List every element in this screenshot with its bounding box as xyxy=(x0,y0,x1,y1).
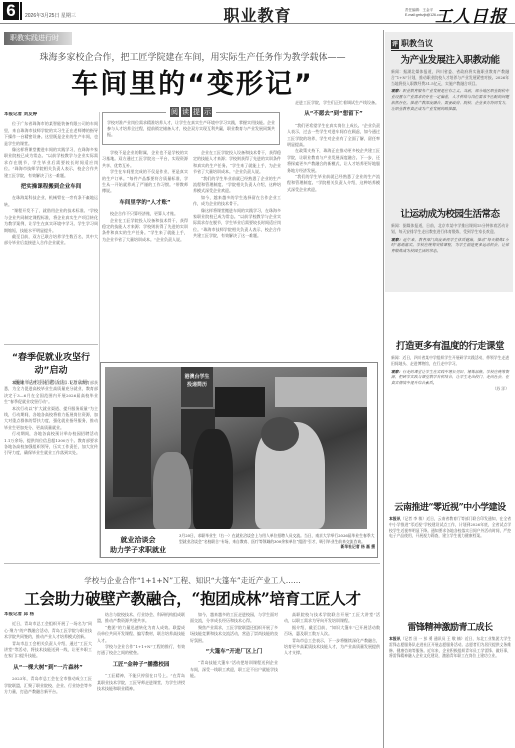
lead-byline: 本报记者 刘友婷 xyxy=(4,112,98,118)
commentary-news: 新闻：据湖北媒体报道，四川省委、省政府将实施职业教育产教融合“1+N”计划，推动… xyxy=(391,69,509,86)
paragraph: 企业在工匠学院投入设备和技术骨干，获得稳定的技能人才来源；学校则获得了先进的实训… xyxy=(102,218,188,244)
lead-column-1: 本报记者 刘友婷 位于广东省珠海市的某智能装备有限公司的车间里，来自珠海市技师学… xyxy=(4,112,98,342)
photo-caption-title: 就业洽谈会 助力学子求职就业 xyxy=(105,535,171,555)
photo-booth-sign: 港澳台学生 投递简历 xyxy=(181,367,213,407)
paragraph: 截至目前，双方已联合培养学生数百名，其中大部分毕业后直接进入合作企业就业。 xyxy=(4,234,98,247)
paragraph: “青岛技能大篷车”活动把培训课程送到企业车间，深受一线职工欢迎，职工足不出户就能… xyxy=(190,660,278,679)
commentary-article-1: 为产业发展注入职教动能 新闻：据湖北媒体报道，四川省委、省政府将实施职业教育产教… xyxy=(391,52,509,112)
newspaper-logo: 工人日报 xyxy=(435,2,507,27)
paragraph: 校企合作不只算经济账，更算人才账。 xyxy=(102,211,188,217)
commentary-title: 打造更多有温度的行走课堂 xyxy=(391,338,509,352)
paragraph: “我们的学生毕业前就已经熟悉了企业的生产流程和管理制度。”学院相关负责人介绍，这… xyxy=(287,174,380,193)
paragraph: 如今，越来越多的学生选择留在合作企业工作，成为企业的技术骨干。 xyxy=(193,195,281,208)
job-fair-photo: 港澳台学生 投递简历 xyxy=(105,367,367,529)
news-byline: 本报讯 xyxy=(389,516,401,521)
reading-tag-char: 阅 xyxy=(170,107,179,117)
paragraph: “课程开发不了，就借用企业的技术标准。”学校与企业共同制定课程标准，将企业真实生… xyxy=(4,208,98,234)
reading-tag-char: 示 xyxy=(203,107,212,117)
photo-caption-text: 3月20日，求职毕业生（右一）在就业洽谈会上与用人单位招聘人员交流。当日，南京大… xyxy=(179,533,375,544)
paragraph: 学校不是企业的附属，企业也不是学校的实习基地。双方通过工匠学院这一平台，实现资源… xyxy=(102,150,188,169)
bottom-subhead-1: 从“一棵大树”到“一片森林” xyxy=(4,665,92,671)
column-tag: 职教实践进行时 xyxy=(4,32,72,45)
commentary-column-head: 评职教刍议 xyxy=(391,38,433,51)
bottom-subhead-2: 工匠“金种子”播撒校园 xyxy=(97,662,185,668)
commentary-comment: 近年来，教育部门高度重视学生体质健康，推动“每天锻炼1小时”落地落实。学校应统筹… xyxy=(391,237,509,254)
masthead: 6 2026年3月25日 星期三 职业教育 责任编辑：王金平 E-mail:gr… xyxy=(0,0,515,24)
photo-credit: 新华社记者 杨 磊 摄 xyxy=(179,544,375,550)
reading-tag-char: 提 xyxy=(192,107,201,117)
paragraph: 结合与院校技术、行业协会、科研机构组成联盟，推动产教资源共建共享。 xyxy=(97,612,185,625)
lead-column-2: 学校不是企业的附属，企业也不是学校的实习基地。双方通过工匠学院这一平台，实现资源… xyxy=(102,150,188,358)
commentary-icon: 评 xyxy=(391,40,399,49)
paragraph: “抱团”的力量迅速转化为育人成效。联盟成员单位共同开发课程、编写教材，联合培养高… xyxy=(97,625,185,644)
photo-tent xyxy=(215,387,265,417)
lead-subhead-1: 把实操课程搬到企业车间 xyxy=(4,184,98,190)
paragraph: 本次行动以“扩大就业渠道、提升服务质量”为主线，行动期间，各地各高校将着力拓展岗… xyxy=(4,406,98,432)
photo-caption: 3月20日，求职毕业生（右一）在就业洽谈会上与用人单位招聘人员交流。当日，南京大… xyxy=(179,533,375,550)
paragraph: 行动期间，各地各高校预计举办校园招聘活动1.1万余场，提供岗位信息超1300万个… xyxy=(4,431,98,457)
news-byline: 本报讯 xyxy=(389,636,401,641)
commentary-comment-lead: 观察： xyxy=(391,369,402,374)
paragraph: 聚焦产业需求，工匠学院联盟还组织开展了多场技能竞赛和技术交流活动，营造了崇尚技能… xyxy=(190,625,278,644)
paragraph: “我们更希望学生在真实岗位上成长。”企业负责人表示，过去一些学生对进车间存在顾虑… xyxy=(287,123,380,149)
news-text: （记者 田 一 彭 勇 通讯员 王 敬 楠）近日，东北工业集团大学生雷锋志愿服务… xyxy=(389,636,511,658)
paragraph: 高职院校与技术学院联合开展“工匠大讲堂”活动，以职工需求为导向开发培训课程。 xyxy=(284,612,380,625)
news-title: 云南推进“零近视”中小学建设 xyxy=(389,500,511,513)
paragraph: “工匠精神，不能只停留在口号上。”在青岛某职业技术学院，工匠导师走进课堂，为学生… xyxy=(97,673,185,692)
photo-sky xyxy=(275,377,367,407)
paragraph: 走进工匠学院，学生们正忙着调试生产线设备。 xyxy=(287,100,380,106)
commentary-title: 让运动成为校园生活常态 xyxy=(391,206,509,220)
bottom-kicker: 学校与企业合作“1+1+N”工程、知识“大篷车”走近产业工人…… xyxy=(0,575,385,586)
commentary-news: 新闻：近日，四川省某中学组织学生开展研学实践活动，带领学生走进田间地头、走进博物… xyxy=(391,355,509,367)
paragraph: 据介绍，截至目前，“知识大篷车”已开展活动数百场，惠及职工数万人次。 xyxy=(284,625,380,638)
bottom-subhead-3: “大篷车”开进厂区上门 xyxy=(190,649,278,655)
spring-story-body: 本报讯（记者 于 宛 尼）近日，记者从教育部获悉，为全力促进高校毕业生高质量充分… xyxy=(4,380,98,556)
news-article-yunnan: 云南推进“零近视”中小学建设 本报讯（记者 李 敏）近日，云南省教育厅等部门联合… xyxy=(389,500,511,539)
news-text: （记者 李 敏）近日，云南省教育厅等部门联合印发通知，在全省中小学推进“零近视”… xyxy=(389,516,511,538)
bottom-column-3: 如今，越来越多的工匠走进校园，与学生面对面交流，分享成长经历和技术心得。 聚焦产… xyxy=(190,612,278,748)
spring-headline: “春季促就业攻坚行动”启动 xyxy=(4,350,98,376)
bottom-headline: 工会助力破壁产教融合，“抱团成林”培育工匠人才 xyxy=(0,587,385,609)
bottom-column-4: 高职院校与技术学院联合开展“工匠大讲堂”活动，以职工需求为导向开发培训课程。 据… xyxy=(284,612,380,748)
paragraph: 像这样将课堂搬进车间的实践学习，在珠海多家职业院校已成为常态。“以前学校教学与企… xyxy=(4,147,98,179)
paragraph: “我们的学生毕业前就已经熟悉了企业的生产流程和管理制度。”学院相关负责人介绍，这… xyxy=(193,176,281,195)
rail-divider xyxy=(383,30,384,748)
paragraph: 企业在工匠学院投入设备和技术骨干，获得稳定的技能人才来源；学校则获得了先进的实训… xyxy=(193,150,281,176)
bottom-column-2: 结合与院校技术、行业协会、科研机构组成联盟，推动产教资源共建共享。 “抱团”的力… xyxy=(97,612,185,748)
paragraph: 学校与企业合作“1+1+N”工程的推行，有效打通了校企之间的壁垒。 xyxy=(97,644,185,657)
lead-column-3: 企业在工匠学院投入设备和技术骨干，获得稳定的技能人才来源；学校则获得了先进的实训… xyxy=(193,150,281,358)
spring-byline: 本报讯 xyxy=(12,380,24,385)
paragraph: 近日，青岛市总工会组织开展了一场名为“同心·聚力”的产教融合活动，青岛工匠学院与… xyxy=(4,621,92,640)
paragraph: 学生在车间里完成的不仅是作业，更是真实的生产订单。“每件产品都要符合质量标准，学… xyxy=(102,169,188,195)
photo-person-woman xyxy=(153,452,191,529)
commentary-comment: 职业教育服务产业发展是应有之义。当前，部分地区职业院校专业设置与产业需求仍存在一… xyxy=(391,88,509,110)
paragraph: 如今，越来越多的工匠走进校园，与学生面对面交流，分享成长经历和技术心得。 xyxy=(190,612,278,625)
reading-tag-char: 读 xyxy=(181,107,190,117)
commentary-article-3: 打造更多有温度的行走课堂 新闻：近日，四川省某中学组织学生开展研学实践活动，带领… xyxy=(391,338,509,392)
news-article-leifeng: 雷锋精神激励青工成长 本报讯（记者 田 一 彭 勇 通讯员 王 敬 楠）近日，东… xyxy=(389,620,511,659)
lead-column-4: 走进工匠学院，学生们正忙着调试生产线设备。 从“不愿去”到“想留下” “我们更希… xyxy=(287,100,380,358)
lead-subhead-3: 从“不愿去”到“想留下” xyxy=(287,111,380,117)
paragraph: 在珠海某科技企业，机械臂在一旁有条不紊地运转。 xyxy=(4,195,98,208)
story-divider xyxy=(4,563,380,564)
commentary-comment-lead: 观察： xyxy=(391,88,402,93)
paragraph: 像这样将课堂搬进车间的实践学习，在珠海多家职业院校已成为常态。“以前学校教学与企… xyxy=(193,208,281,240)
paragraph: 青岛市总工会相关负责人介绍，通过“工匠大讲堂”等活动，将技术技能送到一线，让更多… xyxy=(4,641,92,660)
commentary-news: 新闻：据媒体报道，日前，北京市某中学推出课间15分钟体育活动计划，每天安排学生走… xyxy=(391,223,509,235)
paragraph: 位于广东省珠海市的某智能装备有限公司的车间里，来自珠海市技师学院的实习生正在老师… xyxy=(4,121,98,147)
paragraph: 青岛市总工会表示，下一步将继续深化产教融合，培育更多高素质技术技能人才，为产业高… xyxy=(284,638,380,657)
photo-frame: 港澳台学生 投递简历 就业洽谈会 助力学子求职就业 3月20日，求职毕业生（右一… xyxy=(100,362,378,558)
reading-tips-text: 学校对准产业岗位需求精准培养人才，让学生在真实生产环境中学习实践，掌握实用技能。… xyxy=(107,120,275,138)
commentary-comment: 行走的课堂让学生在实践中增长见识、锤炼品格。学校应统筹资源，把研学实践与课堂教学… xyxy=(391,369,509,386)
bottom-byline: 本报记者 邱 杨 xyxy=(4,612,92,618)
reading-tips-tag: 阅 读 提 示 xyxy=(166,107,216,117)
bottom-column-1: 本报记者 邱 杨 近日，青岛市总工会组织开展了一场名为“同心·聚力”的产教融合活… xyxy=(4,612,92,748)
lead-headline: 车间里的“变形记” xyxy=(0,62,385,101)
reading-tips-box: 阅 读 提 示 学校对准产业岗位需求精准培养人才，让学生在真实生产环境中学习实践… xyxy=(102,112,280,145)
photo-person-man xyxy=(193,429,233,529)
commentary-title: 为产业发展注入职教动能 xyxy=(391,52,509,66)
paragraph: 在政策支持下，珠海正在推动更多校企共建工匠学院，让职业教育与产业发展深度融合。下… xyxy=(287,148,380,174)
photo-student-head xyxy=(261,417,299,451)
photo-board-left xyxy=(113,407,151,497)
commentary-article-2: 让运动成为校园生活常态 新闻：据媒体报道，日前，北京市某中学推出课间15分钟体育… xyxy=(391,206,509,254)
paragraph: 2023年，青岛市总工会在全市推动成立工匠学院联盟，汇聚了职业院校、企业、行业协… xyxy=(4,676,92,695)
commentary-comment-lead: 观察： xyxy=(391,237,403,242)
story-divider xyxy=(4,344,98,345)
news-title: 雷锋精神激励青工成长 xyxy=(389,620,511,633)
lead-subhead-2: 车间里学的“人才账” xyxy=(102,200,188,206)
commentary-signature: （苏 洋） xyxy=(391,386,509,392)
commentary-column-name: 职教刍议 xyxy=(401,39,433,48)
